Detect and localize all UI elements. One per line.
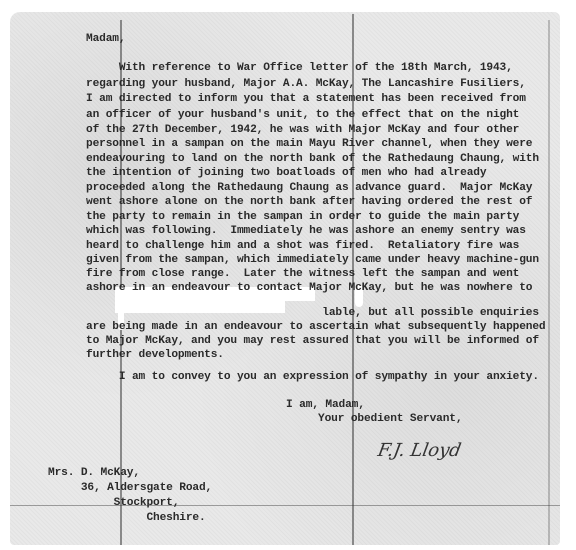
paragraph-2: I am to convey to you an expression of s… (86, 370, 539, 386)
text-line: went ashore alone on the north bank afte… (86, 195, 532, 211)
signature: F.J. Lloyd (376, 440, 463, 461)
address-line: Mrs. D. McKay, (48, 466, 140, 482)
text-line: an officer of your husband's unit, to th… (86, 108, 519, 124)
text-line: personnel in a sampan on the main Mayu R… (86, 137, 532, 153)
fold-line-right (548, 20, 550, 545)
text-line: the intention of joining two boatloads o… (86, 166, 486, 182)
text-line: which was following. Immediately he was … (86, 224, 526, 240)
text-line: regarding your husband, Major A.A. McKay… (86, 77, 526, 93)
text-line: further developments. (86, 348, 224, 364)
text-line: I am directed to inform you that a state… (86, 92, 526, 108)
text-line: With reference to War Office letter of t… (86, 61, 513, 77)
closing-line-2: Your obedient Servant, (318, 412, 462, 428)
address-line: Cheshire. (48, 511, 206, 527)
salutation: Madam, (86, 32, 125, 48)
text-line: ashore in an endeavour to contact Major … (86, 281, 532, 297)
address-line: 36, Aldersgate Road, (48, 481, 212, 497)
address-line: Stockport, (48, 496, 179, 512)
